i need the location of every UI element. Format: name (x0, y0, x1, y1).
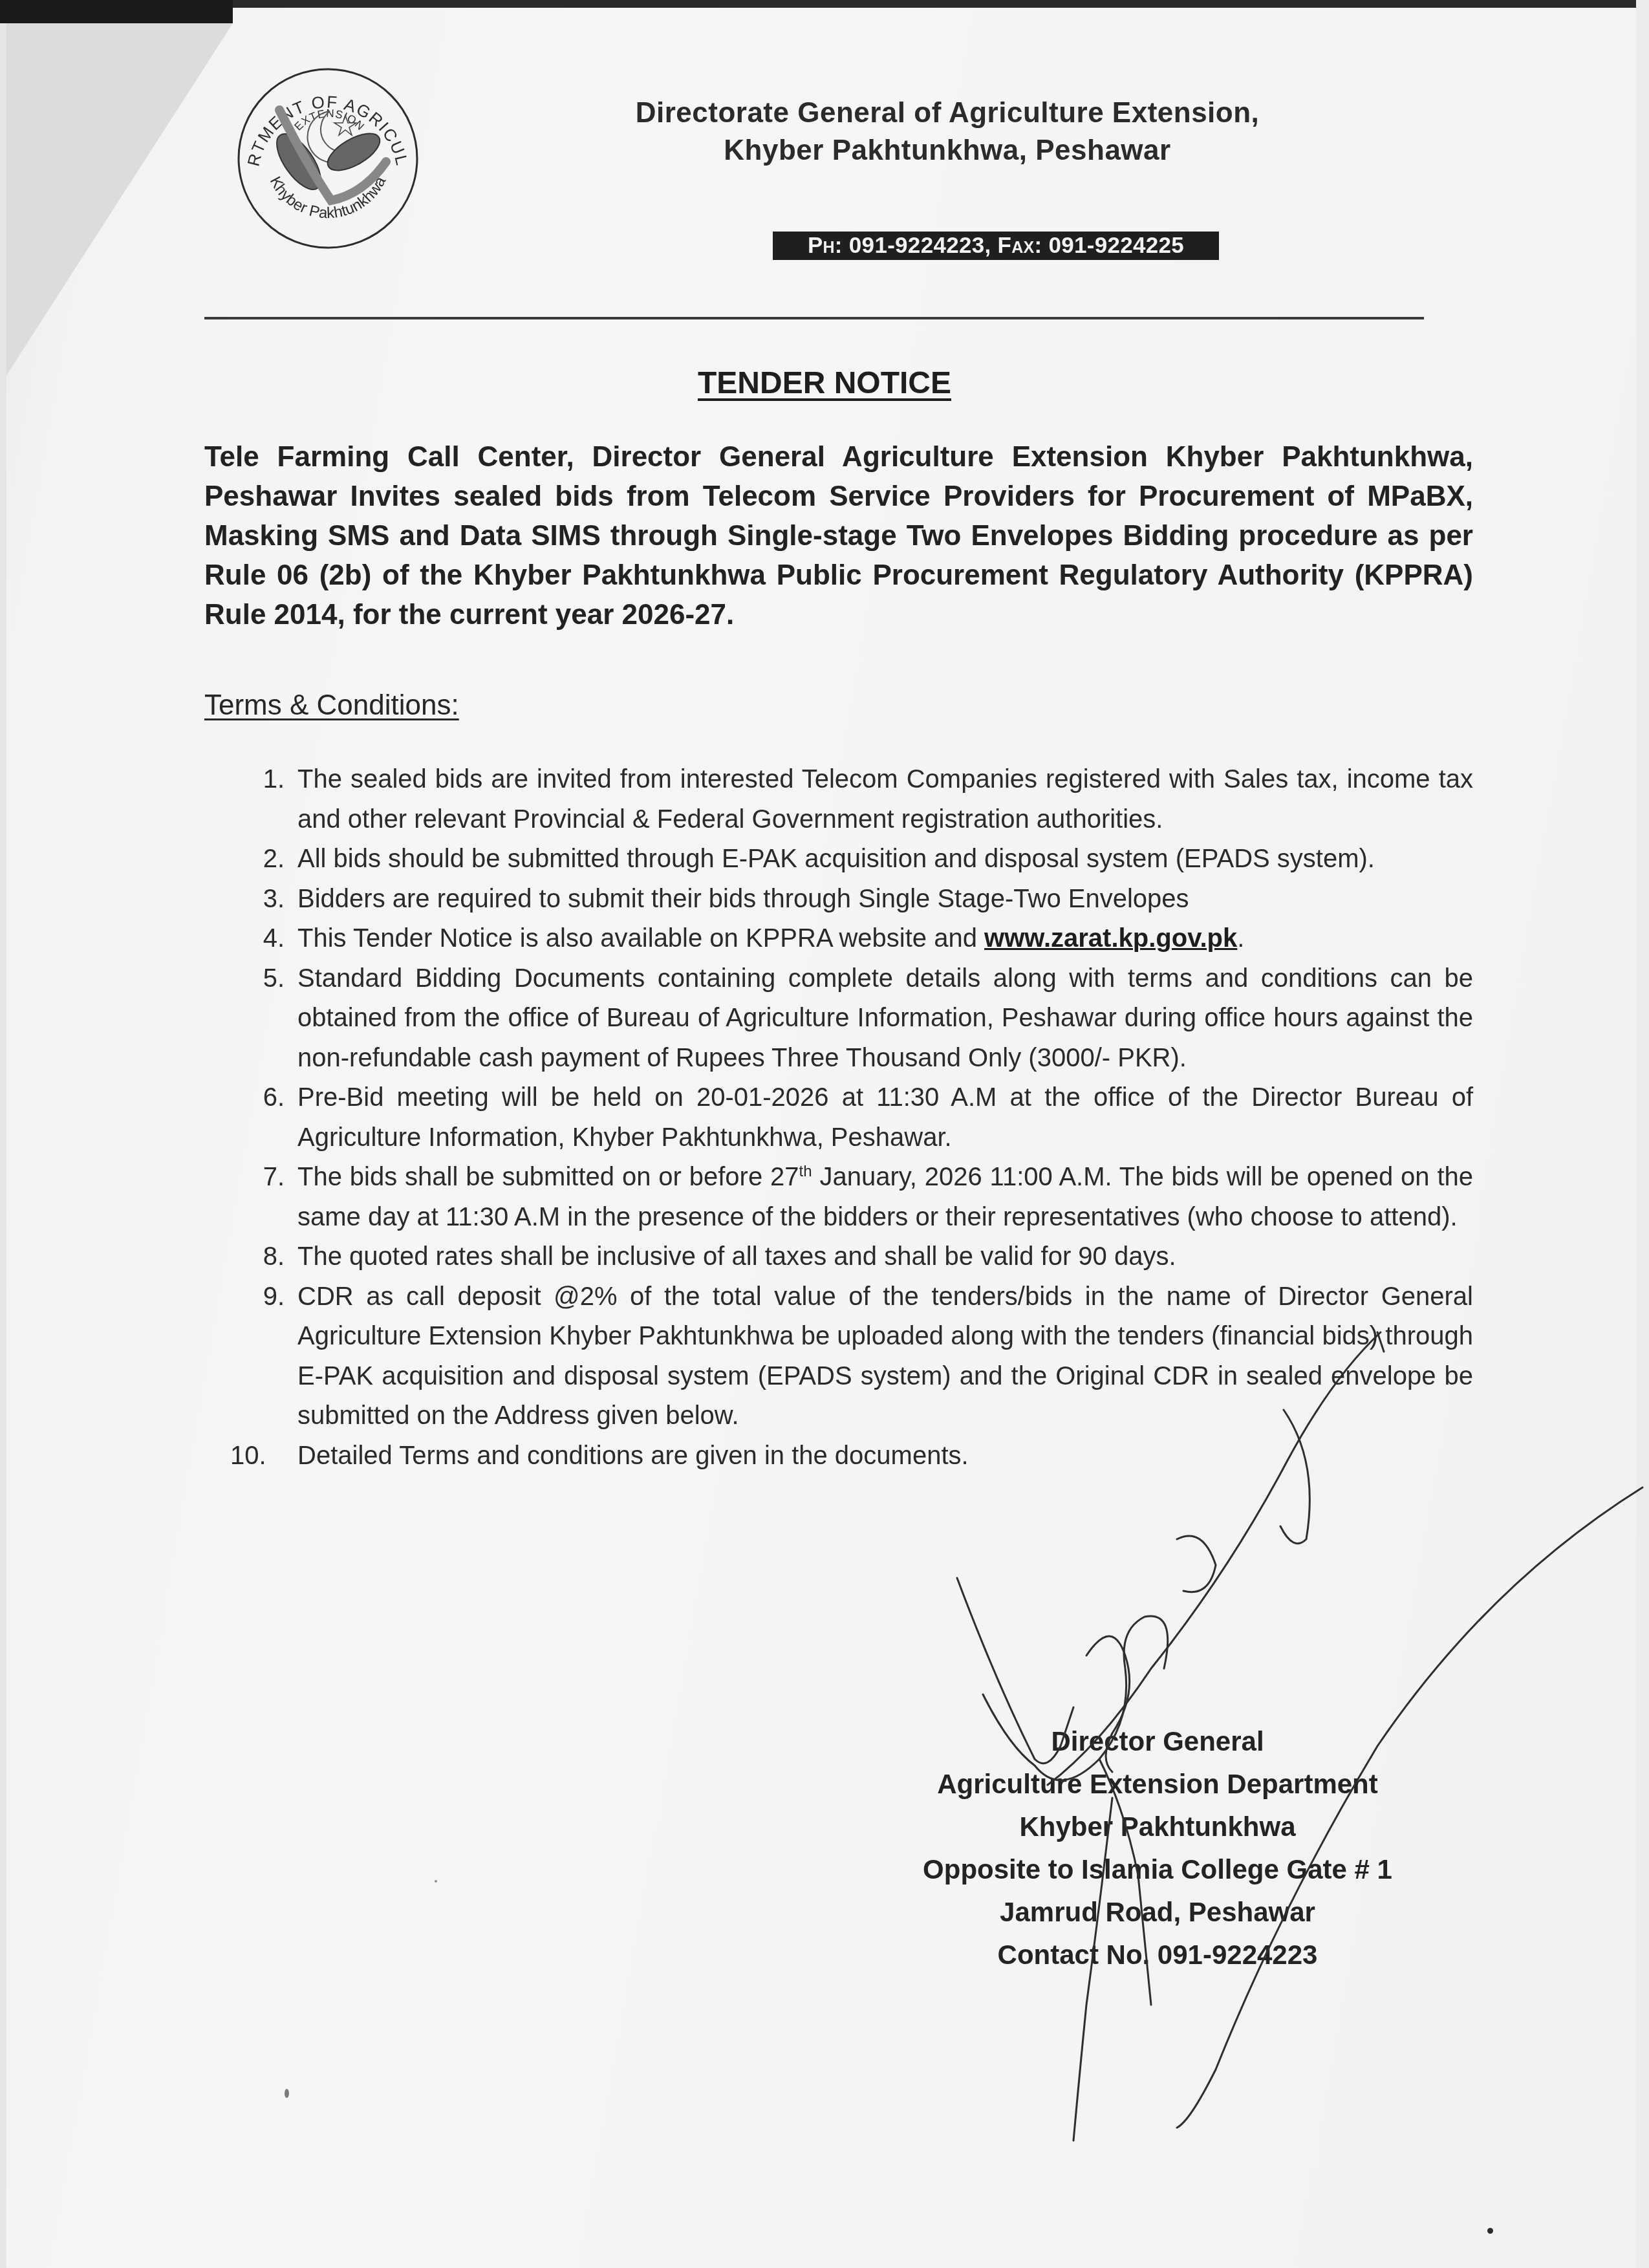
signatory-address-line1: Opposite to Islamia College Gate # 1 (860, 1848, 1455, 1891)
notice-title: TENDER NOTICE (0, 365, 1649, 401)
signatory-address-line2: Jamrud Road, Peshawar (860, 1891, 1455, 1934)
term-item: 7.The bids shall be submitted on or befo… (243, 1158, 1473, 1237)
term-number: 8. (243, 1237, 285, 1277)
term-item: 6.Pre-Bid meeting will be held on 20-01-… (243, 1078, 1473, 1158)
signatory-contact: Contact No. 091-9224223 (860, 1934, 1455, 1976)
header-divider (204, 317, 1424, 319)
term-text: The bids shall be submitted on or before… (297, 1163, 799, 1191)
term-item: 5.Standard Bidding Documents containing … (243, 959, 1473, 1079)
signatory-title: Director General (860, 1720, 1455, 1763)
signatory-block: Director General Agriculture Extension D… (860, 1720, 1455, 1976)
scan-corner-shadow (0, 0, 233, 23)
term-text: Pre-Bid meeting will be held on 20-01-20… (297, 1083, 1473, 1152)
term-number: 3. (243, 880, 285, 920)
term-number: 6. (243, 1078, 285, 1118)
term-number: 9. (243, 1277, 285, 1317)
term-number: 4. (243, 919, 285, 959)
contact-banner: Ph: 091-9224223, Fax: 091-9224225 (773, 232, 1219, 260)
term-item: 1.The sealed bids are invited from inter… (243, 760, 1473, 839)
term-item: 3.Bidders are required to submit their b… (243, 880, 1473, 920)
scan-speck (1487, 2228, 1493, 2234)
term-text-end: . (1237, 924, 1244, 953)
terms-heading: Terms & Conditions: (204, 689, 459, 722)
scan-right-edge (1636, 0, 1649, 2268)
signatory-department: Agriculture Extension Department (860, 1763, 1455, 1806)
notice-title-text: TENDER NOTICE (698, 366, 951, 400)
website-link[interactable]: www.zarat.kp.gov.pk (984, 924, 1237, 953)
term-number: 7. (243, 1158, 285, 1198)
term-text: The quoted rates shall be inclusive of a… (297, 1242, 1176, 1271)
scan-speck (435, 1880, 437, 1883)
terms-list: 1.The sealed bids are invited from inter… (243, 760, 1473, 1476)
term-item: 2.All bids should be submitted through E… (243, 839, 1473, 880)
org-title-line2: Khyber Pakhtunkhwa, Peshawar (569, 135, 1326, 167)
term-number: 10. (230, 1436, 285, 1476)
term-text: Detailed Terms and conditions are given … (297, 1442, 969, 1470)
scan-speck (285, 2089, 289, 2098)
term-item: 10.Detailed Terms and conditions are giv… (243, 1436, 1473, 1476)
department-logo-icon: DEPARTMENT OF AGRICULTURE EXTENSION Khyb… (234, 65, 422, 252)
term-text: This Tender Notice is also available on … (297, 924, 984, 953)
term-item: 8.The quoted rates shall be inclusive of… (243, 1237, 1473, 1277)
term-number: 5. (243, 959, 285, 999)
ordinal-suffix: th (799, 1163, 812, 1180)
term-text: Bidders are required to submit their bid… (297, 885, 1189, 913)
org-title-line1: Directorate General of Agriculture Exten… (569, 97, 1326, 129)
term-text: All bids should be submitted through E-P… (297, 845, 1375, 873)
term-text: CDR as call deposit @2% of the total val… (297, 1282, 1473, 1431)
signatory-province: Khyber Pakhtunkhwa (860, 1806, 1455, 1848)
term-item: 9.CDR as call deposit @2% of the total v… (243, 1277, 1473, 1436)
term-text: Standard Bidding Documents containing co… (297, 964, 1473, 1072)
folded-page-corner (0, 23, 233, 385)
term-text: The sealed bids are invited from interes… (297, 765, 1473, 834)
notice-intro-paragraph: Tele Farming Call Center, Director Gener… (204, 437, 1473, 634)
term-number: 1. (243, 760, 285, 800)
term-number: 2. (243, 839, 285, 880)
scan-left-edge (0, 23, 6, 2268)
scan-top-edge (0, 0, 1649, 8)
term-item: 4.This Tender Notice is also available o… (243, 919, 1473, 959)
